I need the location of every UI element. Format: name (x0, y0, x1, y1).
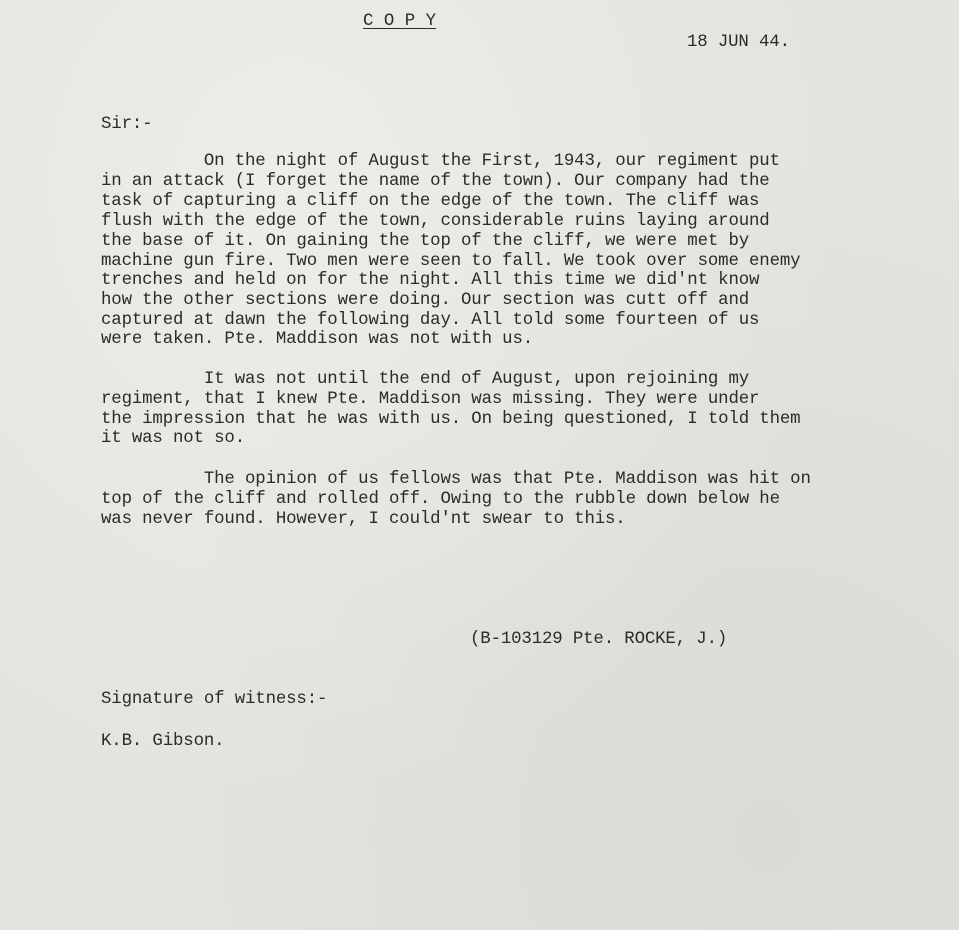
paragraph-line: The opinion of us fellows was that Pte. … (101, 470, 811, 490)
paragraph-line: it was not so. (101, 429, 245, 449)
paragraph-line: machine gun fire. Two men were seen to f… (101, 252, 800, 272)
paragraph-line: On the night of August the First, 1943, … (101, 152, 780, 172)
paragraph-line: top of the cliff and rolled off. Owing t… (101, 490, 780, 510)
salutation: Sir:- (101, 115, 152, 135)
paragraph-line: It was not until the end of August, upon… (101, 370, 749, 390)
paragraph-line: flush with the edge of the town, conside… (101, 212, 770, 232)
paragraph-line: in an attack (I forget the name of the t… (101, 172, 770, 192)
paragraph-line: task of capturing a cliff on the edge of… (101, 192, 759, 212)
paragraph-line: the base of it. On gaining the top of th… (101, 232, 749, 252)
copy-heading: C O P Y (363, 12, 436, 32)
paragraph-line: was never found. However, I could'nt swe… (101, 510, 626, 530)
document-date: 18 JUN 44. (687, 33, 790, 53)
paragraph-line: captured at dawn the following day. All … (101, 311, 759, 331)
witness-label: Signature of witness:- (101, 690, 327, 710)
paragraph-line: the impression that he was with us. On b… (101, 410, 800, 430)
paragraph-line: regiment, that I knew Pte. Maddison was … (101, 390, 759, 410)
signoff: (B-103129 Pte. ROCKE, J.) (470, 630, 727, 650)
paragraph-line: trenches and held on for the night. All … (101, 271, 759, 291)
paragraph-line: how the other sections were doing. Our s… (101, 291, 749, 311)
witness-name: K.B. Gibson. (101, 732, 224, 752)
paragraph-line: were taken. Pte. Maddison was not with u… (101, 330, 533, 350)
document-page: C O P Y 18 JUN 44. Sir:- On the night of… (0, 0, 959, 930)
